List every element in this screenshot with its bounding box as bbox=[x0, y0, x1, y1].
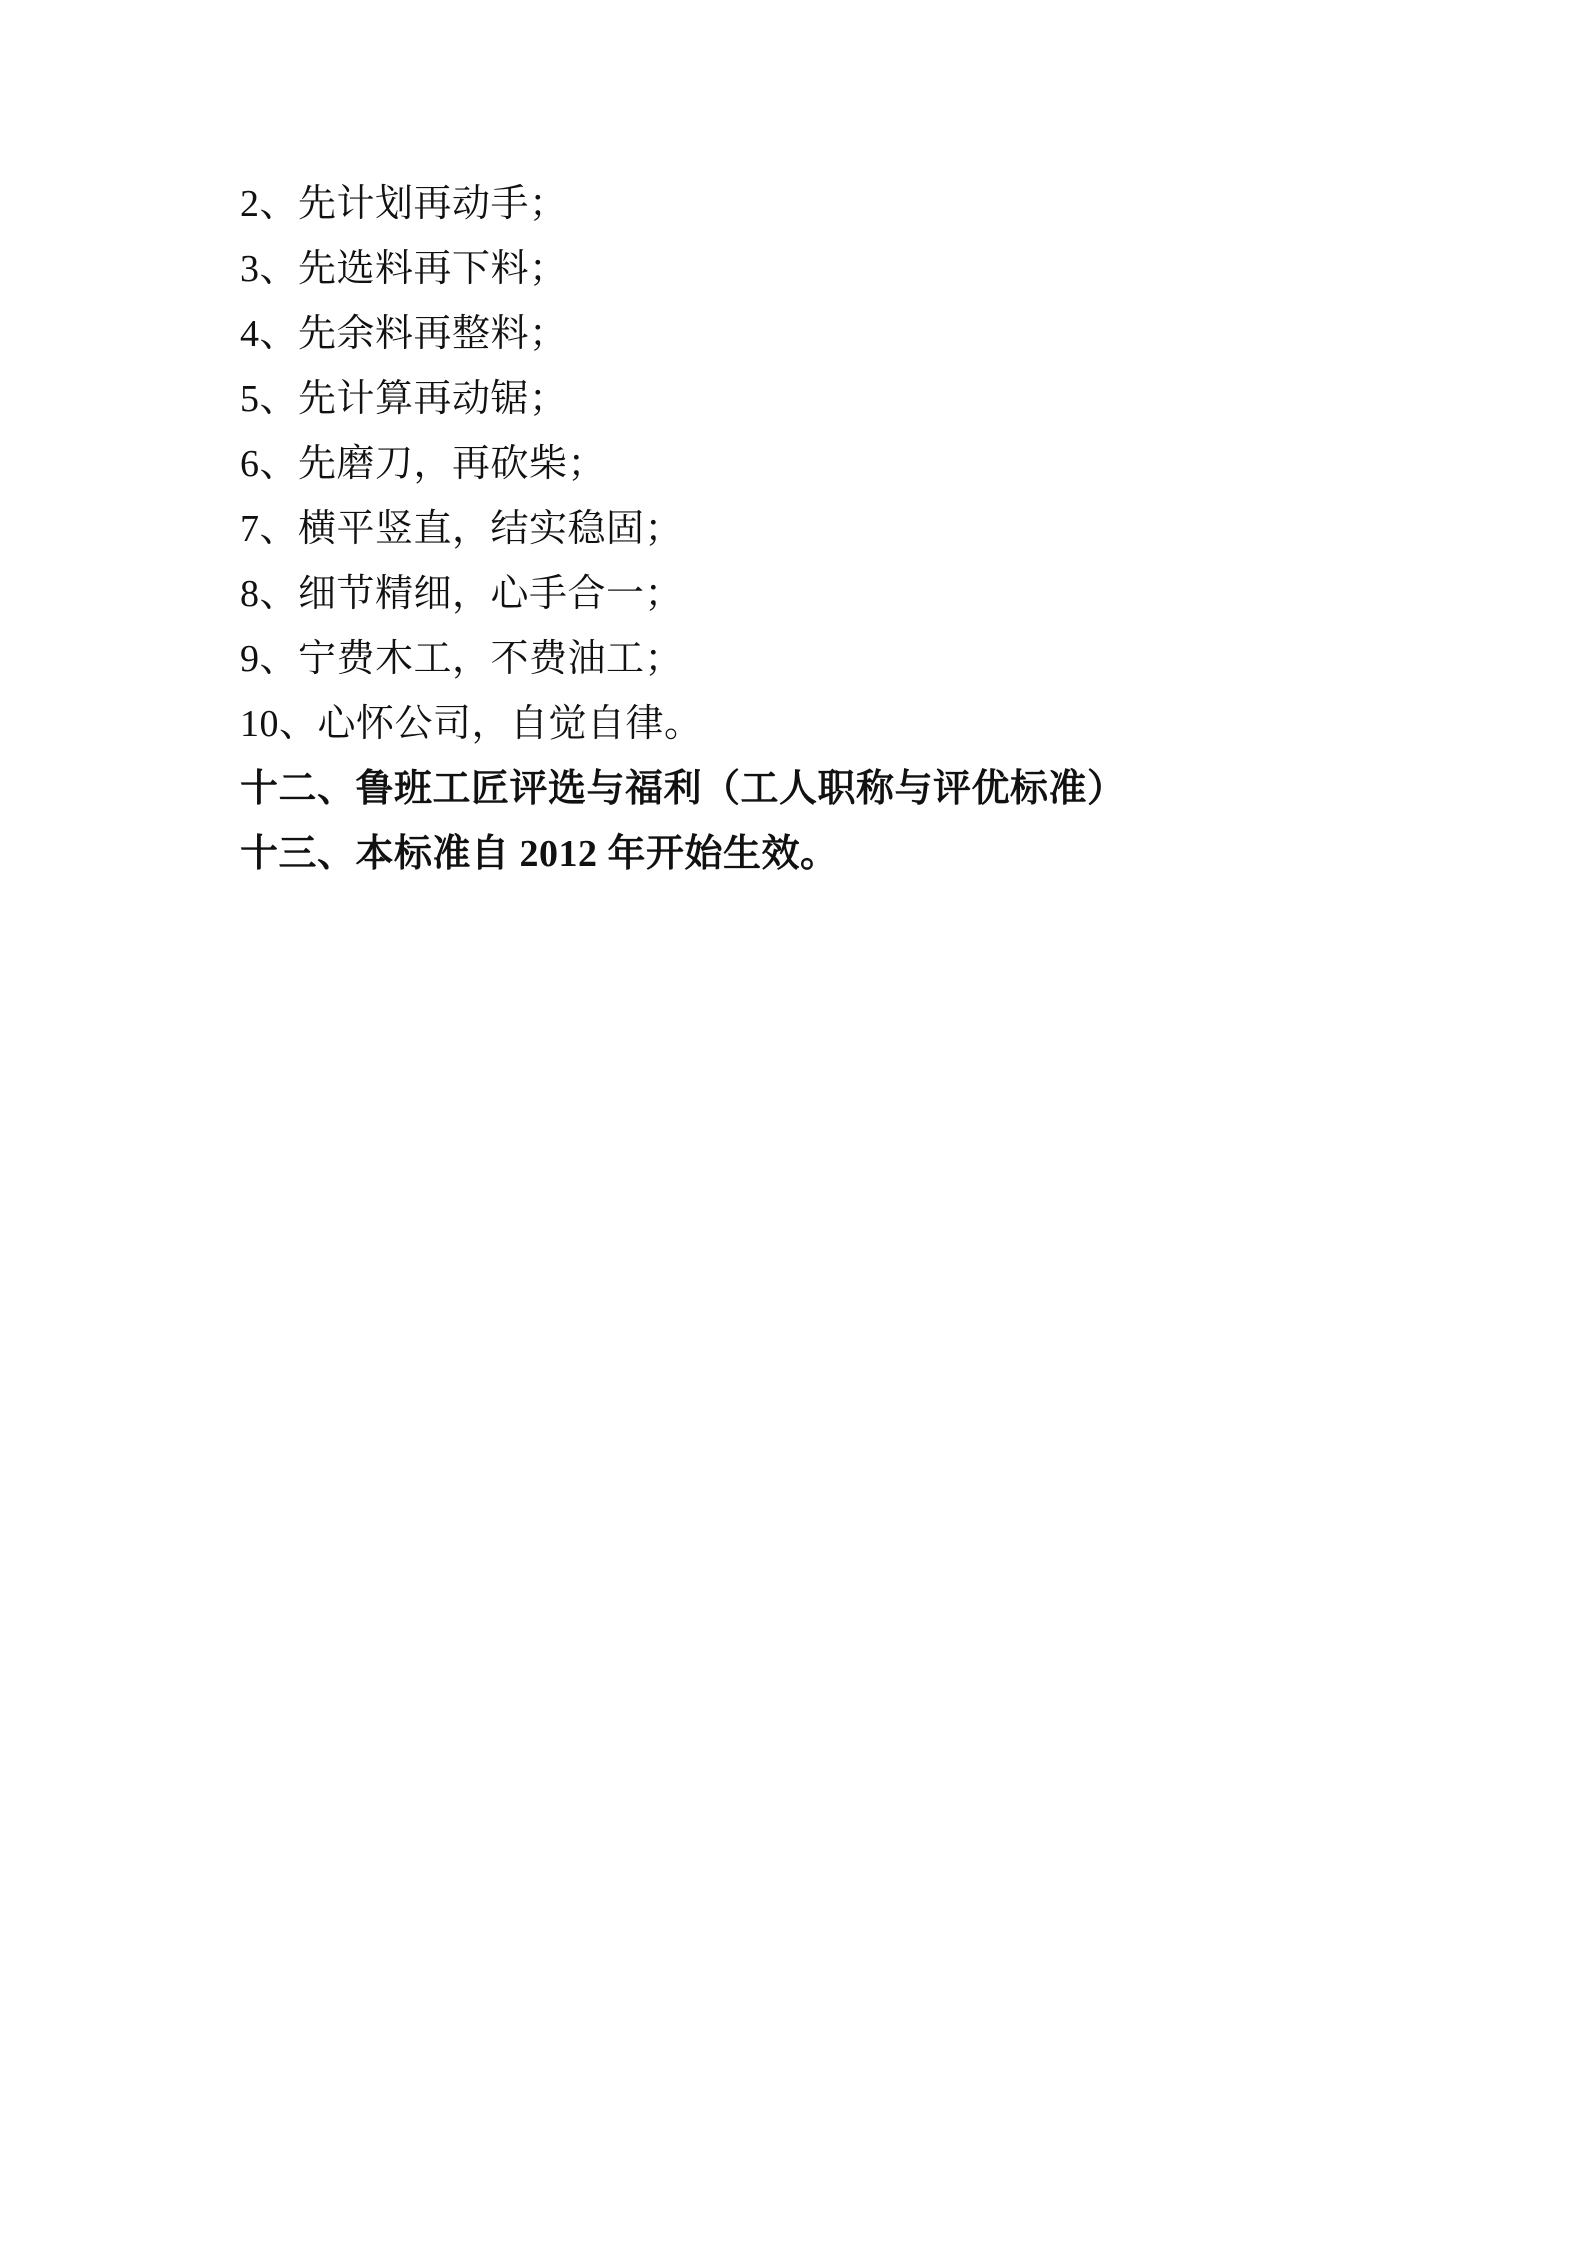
list-item-4: 4、先余料再整料； bbox=[240, 302, 1427, 367]
list-item-10: 10、心怀公司，自觉自律。 bbox=[240, 692, 1427, 757]
list-item-2: 2、先计划再动手； bbox=[240, 172, 1427, 237]
heading-section-13: 十三、本标准自 2012 年开始生效。 bbox=[240, 822, 1427, 887]
list-item-8: 8、细节精细，心手合一； bbox=[240, 562, 1427, 627]
document-page: 2、先计划再动手； 3、先选料再下料； 4、先余料再整料； 5、先计算再动锯； … bbox=[0, 0, 1587, 2245]
list-item-3: 3、先选料再下料； bbox=[240, 237, 1427, 302]
list-item-6: 6、先磨刀，再砍柴； bbox=[240, 432, 1427, 497]
heading-section-12: 十二、鲁班工匠评选与福利（工人职称与评优标准） bbox=[240, 757, 1427, 822]
list-item-7: 7、横平竖直，结实稳固； bbox=[240, 497, 1427, 562]
list-item-5: 5、先计算再动锯； bbox=[240, 367, 1427, 432]
list-item-9: 9、宁费木工，不费油工； bbox=[240, 627, 1427, 692]
